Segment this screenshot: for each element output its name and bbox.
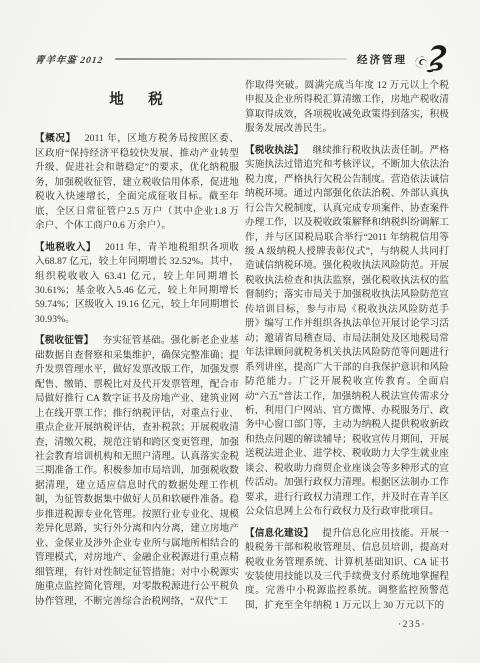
entry-heading: 【概况】	[35, 133, 76, 144]
entry-heading: 【信息化建设】	[245, 528, 313, 539]
yearbook-brand: 青羊年鉴 2012	[34, 52, 104, 66]
left-column: 地 税 【概况】2011 年，区地方税务局按照区委、区政府“保持经济平稳较快发展…	[35, 93, 239, 609]
header-rule	[115, 58, 347, 60]
page-number: ·235·	[398, 620, 426, 630]
paragraph: 作取得突破。圆满完成当年度 12 万元以上个税申报及企业所得税汇算清缴工作，房地…	[245, 79, 449, 137]
section-label: 经济管理	[357, 52, 407, 67]
entry-heading: 【税收执法】	[245, 145, 304, 156]
right-column: 作取得突破。圆满完成当年度 12 万元以上个税申报及企业所得税汇算清缴工作，房地…	[245, 79, 449, 613]
article-title: 地 税	[35, 93, 239, 107]
entry-heading: 【地税收入】	[35, 242, 96, 253]
paragraph: 【地税收入】2011 年，青羊地税组织各项收入68.87 亿元，较上年同期增长 …	[35, 241, 239, 328]
left-column-paragraphs: 【概况】2011 年，区地方税务局按照区委、区政府“保持经济平稳较快发展、推动产…	[35, 132, 239, 609]
paragraph: 【概况】2011 年，区地方税务局按照区委、区政府“保持经济平稳较快发展、推动产…	[35, 132, 239, 233]
paragraph: 【税收征管】夯实征管基础。强化新老企业基础数据自查督察和采集维护，确保完整准确；…	[35, 334, 239, 609]
yearbook-page: 青羊年鉴 2012 经济管理 地 税 【概况】2011 年，区地方税务局按照区委…	[0, 0, 480, 663]
calligraphy-swirl-icon	[414, 44, 450, 74]
paragraph: 【税收执法】继续推行税收执法责任制。严格实施执法过错追究和考核评议，不断加大依法…	[245, 144, 449, 520]
entry-heading: 【税收征管】	[35, 335, 94, 346]
paragraph: 【信息化建设】提升信息化应用技能。开展一般税务干部和税收管理员、信息员培训，提高…	[245, 527, 449, 614]
page-header: 青羊年鉴 2012 经济管理	[35, 46, 450, 72]
